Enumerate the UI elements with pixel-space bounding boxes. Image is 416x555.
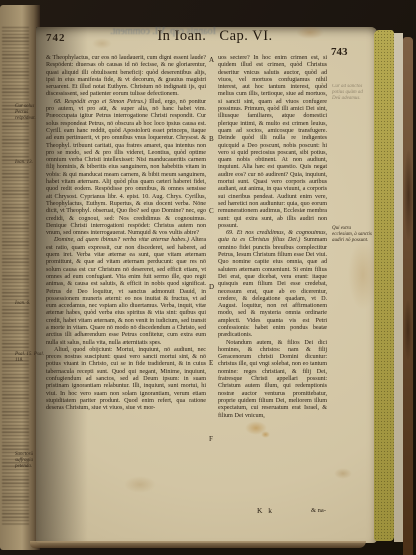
paragraph: 69. Et nos credidimus, & cognouimus, qui… <box>218 229 327 338</box>
fore-edge-inner <box>394 33 403 542</box>
catchword: & na- <box>311 507 326 514</box>
signature-mark: K k <box>257 506 274 515</box>
running-title: In Ioan.Cap. VI. <box>120 28 310 45</box>
paragraph-lead: Domine, ad quem ibimus? verba vitæ ætern… <box>54 236 189 243</box>
paragraph-text: Illud, ergo, nō ponitur pro autem, vt pr… <box>46 98 206 236</box>
text-column-left: & Theophylactus, cur eos nō laudauerit, … <box>46 54 206 515</box>
page-number-right: 743 <box>331 46 348 58</box>
section-letter-c: C <box>209 207 214 215</box>
paragraph-text: Summam omnino fidei punctis breuibus com… <box>218 236 327 338</box>
page-bottom-edge <box>30 541 366 548</box>
margin-note: Ioan. 6. <box>15 301 45 307</box>
margin-note: Qui extra ecclesiam, à sanctis audiri nō… <box>332 226 372 244</box>
paragraph: Aliud, quod obijciunt: Mortui, inquiunt,… <box>46 346 206 412</box>
fore-edge <box>374 30 394 541</box>
margin-note: Sanctorū suffragia petenda. <box>15 452 45 470</box>
text-column-right: uos sectere? In hoc enim crimen est, si … <box>218 54 327 506</box>
section-letter-e: E <box>209 359 213 367</box>
paragraph: Notandum autem, & filios Dei dici homine… <box>218 339 327 419</box>
paragraph: 68. Respōdit ergo ei Simon Petrus.) Illu… <box>46 98 206 237</box>
section-letter-d: D <box>209 283 214 291</box>
paragraph: Domine, ad quem ibimus? verba vitæ ætern… <box>46 236 206 345</box>
running-title-chapter: Cap. VI. <box>219 28 272 44</box>
paragraph: & Theophylactus, cur eos nō laudauerit, … <box>46 54 206 98</box>
running-title-book: In Ioan. <box>157 28 206 44</box>
paragraph: uos sectere? In hoc enim crimen est, si … <box>218 54 327 229</box>
margin-note: Cur ad sanctos potius quàm ad Deū adeamu… <box>332 84 372 102</box>
section-letter-b: B <box>209 135 214 143</box>
board-edge <box>403 37 413 555</box>
margin-note: Psal. 15. Psal. 118. <box>15 352 45 364</box>
paragraph-text: Altera est ratio, quam expressit, cur no… <box>46 236 206 345</box>
paragraph-text: & Theophylactus, cur eos nō laudauerit, … <box>46 54 206 97</box>
book-photo: Ioannis cap. VI. comment. 742 In Ioan.Ca… <box>0 0 416 555</box>
page-number-left: 742 <box>46 32 66 44</box>
paragraph-text: Aliud, quod obijciunt: Mortui, inquiunt,… <box>46 346 206 411</box>
paragraph-lead: 68. Respōdit ergo ei Simon Petrus.) <box>54 98 146 105</box>
section-letter-a: A <box>209 56 214 64</box>
margin-note: Cur solus Petrus rešpōdeat. <box>15 104 45 122</box>
paragraph-text: uos sectere? In hoc enim crimen est, si … <box>218 54 327 229</box>
section-letter-f: F <box>209 435 213 443</box>
paragraph-text: Notandum autem, & filios Dei dici homine… <box>218 339 327 419</box>
margin-note: Ioan. 13. <box>15 160 45 166</box>
